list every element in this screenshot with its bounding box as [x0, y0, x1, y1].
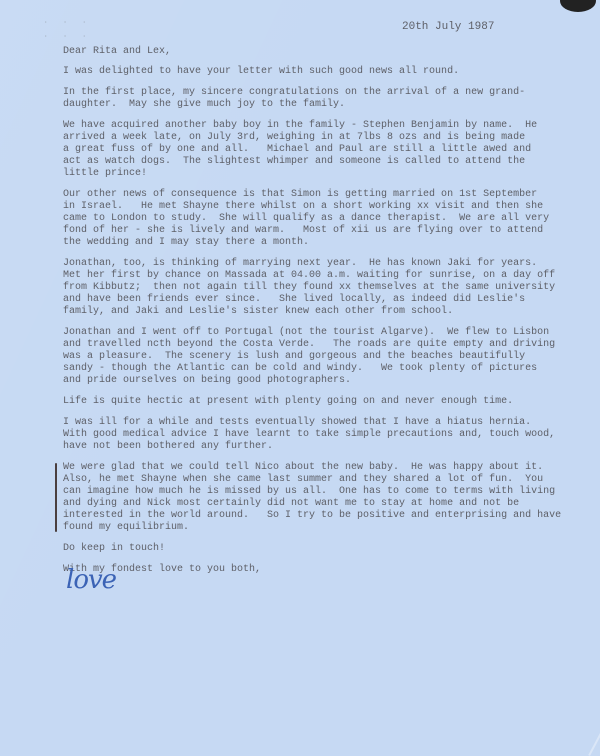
letter-body: Dear Rita and Lex, I was delighted to ha…	[63, 46, 563, 585]
closing-love: With my fondest love to you both,	[63, 564, 563, 576]
marked-passage: We were glad that we could tell Nico abo…	[63, 462, 563, 534]
paper-specks: · · ·· · ·	[44, 16, 92, 44]
paragraph-life-hectic: Life is quite hectic at present with ple…	[63, 396, 563, 408]
letter-date: 20th July 1987	[402, 21, 494, 33]
paragraph-health: I was ill for a while and tests eventual…	[63, 417, 563, 453]
paragraph-nico: We were glad that we could tell Nico abo…	[63, 462, 563, 534]
letter-page: · · ·· · · 20th July 1987 Dear Rita and …	[0, 0, 600, 756]
paragraph-new-baby: We have acquired another baby boy in the…	[63, 120, 563, 180]
paragraph-jonathan: Jonathan, too, is thinking of marrying n…	[63, 258, 563, 318]
salutation: Dear Rita and Lex,	[63, 46, 563, 58]
margin-mark	[55, 463, 57, 532]
paragraph-congratulations: In the first place, my sincere congratul…	[63, 87, 563, 111]
paragraph-portugal: Jonathan and I went off to Portugal (not…	[63, 327, 563, 387]
closing-keep-in-touch: Do keep in touch!	[63, 543, 563, 555]
paragraph-intro: I was delighted to have your letter with…	[63, 66, 563, 78]
handwritten-signature: love	[66, 565, 116, 595]
paragraph-simon-wedding: Our other news of consequence is that Si…	[63, 189, 563, 249]
paper-crease	[588, 640, 600, 756]
punch-hole	[560, 0, 596, 12]
